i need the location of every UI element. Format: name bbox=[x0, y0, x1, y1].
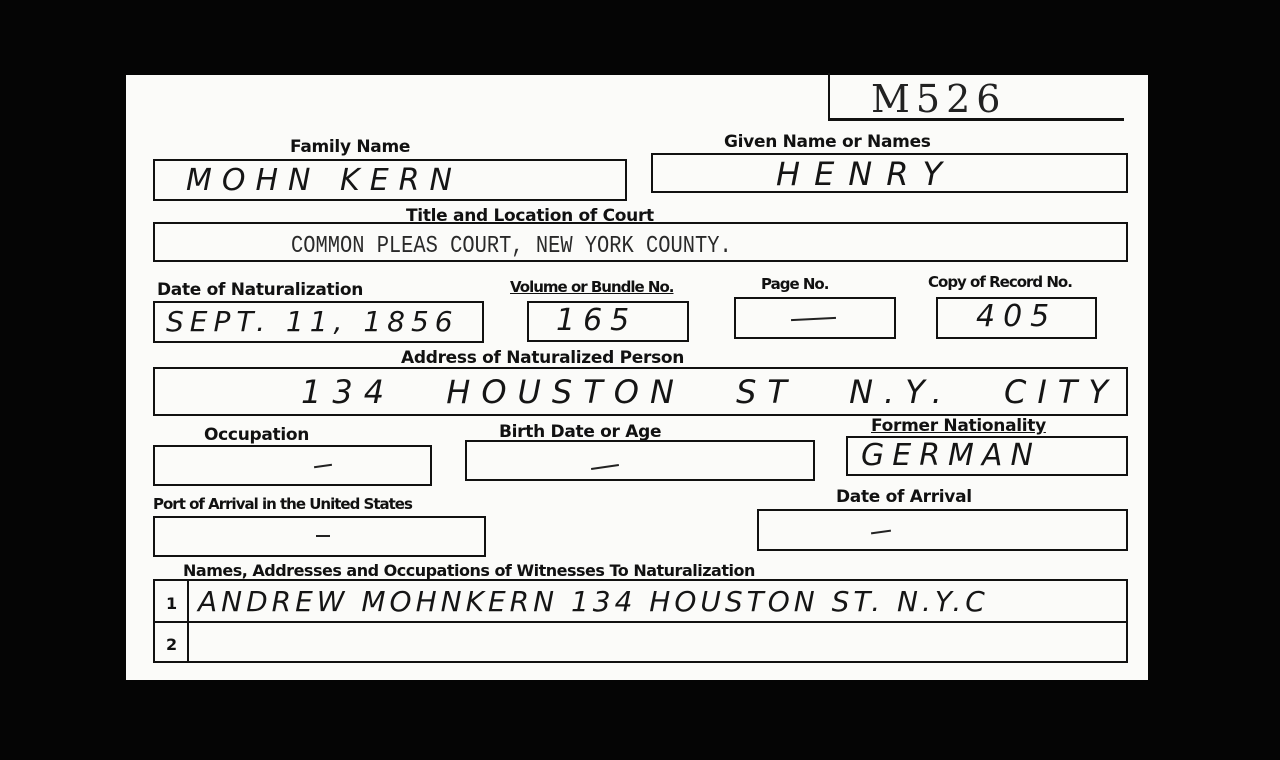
occupation-label: Occupation bbox=[204, 425, 309, 445]
naturalization-card: M526 Family Name MOHN KERN Given Name or… bbox=[126, 75, 1148, 680]
given-name-value: HENRY bbox=[776, 155, 956, 193]
address-value: 134 HOUSTON ST N.Y. CITY bbox=[301, 373, 1119, 411]
court-value: COMMON PLEAS COURT, NEW YORK COUNTY. bbox=[291, 233, 732, 260]
witnesses-num-divider bbox=[187, 581, 189, 661]
birth-date-field bbox=[465, 440, 815, 481]
witness-row-1-value: ANDREW MOHNKERN 134 HOUSTON ST. N.Y.C bbox=[198, 585, 989, 618]
occupation-field bbox=[153, 445, 432, 486]
volume-value: 165 bbox=[556, 303, 637, 338]
witnesses-label: Names, Addresses and Occupations of Witn… bbox=[183, 561, 755, 580]
date-of-arrival-label: Date of Arrival bbox=[836, 487, 972, 507]
record-code: M526 bbox=[871, 77, 1006, 121]
date-of-arrival-field bbox=[757, 509, 1128, 551]
port-of-arrival-value-dash bbox=[316, 535, 330, 537]
former-nationality-value: GERMAN bbox=[861, 438, 1041, 473]
copy-of-record-value: 405 bbox=[976, 299, 1057, 334]
witness-row-1-num: 1 bbox=[166, 594, 177, 613]
date-of-naturalization-value: SEPT. 11, 1856 bbox=[166, 305, 459, 338]
birth-date-label: Birth Date or Age bbox=[499, 422, 661, 442]
copy-of-record-label: Copy of Record No. bbox=[928, 273, 1072, 291]
witness-row-2-num: 2 bbox=[166, 635, 177, 654]
family-name-value: MOHN KERN bbox=[186, 163, 462, 198]
port-of-arrival-label: Port of Arrival in the United States bbox=[153, 495, 412, 513]
date-of-naturalization-label: Date of Naturalization bbox=[157, 280, 363, 300]
given-name-label: Given Name or Names bbox=[724, 132, 931, 152]
page-label: Page No. bbox=[761, 275, 828, 293]
former-nationality-label: Former Nationality bbox=[871, 416, 1046, 436]
address-label: Address of Naturalized Person bbox=[401, 348, 684, 368]
witnesses-row-divider bbox=[155, 621, 1126, 623]
family-name-label: Family Name bbox=[290, 137, 410, 157]
volume-label: Volume or Bundle No. bbox=[510, 278, 674, 296]
